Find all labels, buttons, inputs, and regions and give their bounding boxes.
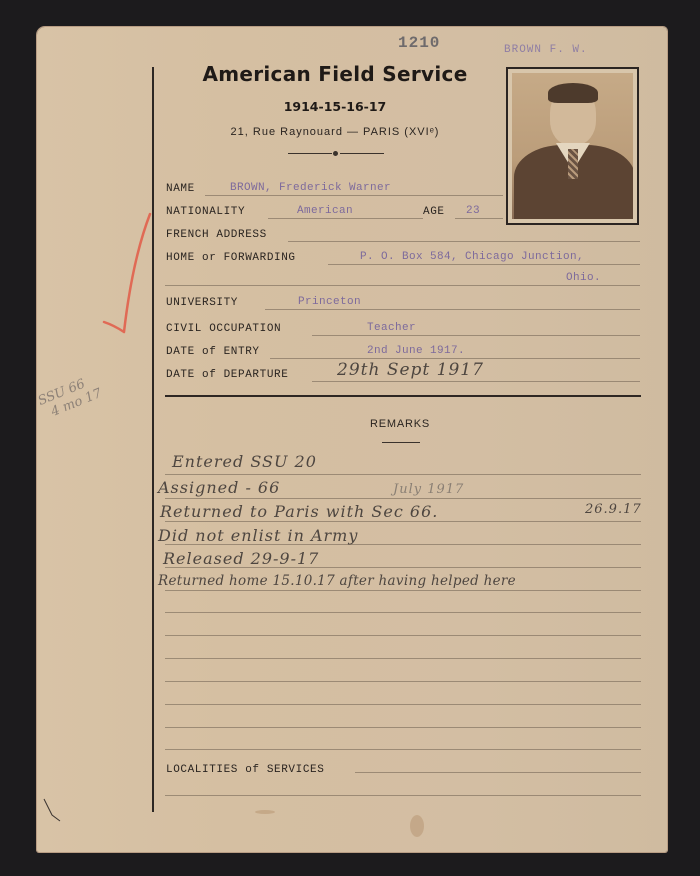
- localities-rule: [355, 772, 641, 773]
- home-value-line2: Ohio.: [566, 272, 601, 284]
- remarks-rule: [165, 590, 641, 591]
- civil-occupation-value: Teacher: [367, 322, 416, 334]
- civil-occupation-rule: [312, 335, 640, 336]
- age-rule: [455, 218, 503, 219]
- organization-title: American Field Service: [160, 62, 510, 86]
- french-address-label: FRENCH ADDRESS: [166, 229, 267, 241]
- date-of-entry-value: 2nd June 1917.: [367, 345, 465, 357]
- remarks-rule: [165, 498, 641, 499]
- nationality-value: American: [297, 205, 353, 217]
- remarks-rule: [165, 658, 641, 659]
- home-rule-2: [165, 285, 640, 286]
- home-label: HOME or FORWARDING: [166, 252, 296, 264]
- remarks-rule: [165, 704, 641, 705]
- civil-occupation-label: CIVIL OCCUPATION: [166, 323, 281, 335]
- remarks-rule: [165, 681, 641, 682]
- name-rule: [205, 195, 503, 196]
- date-of-departure-label: DATE of DEPARTURE: [166, 369, 288, 381]
- red-check-mark-icon: [100, 210, 160, 340]
- university-rule: [265, 309, 640, 310]
- service-years: 1914-15-16-17: [160, 99, 510, 114]
- remarks-rule: [165, 474, 641, 475]
- home-value-line1: P. O. Box 584, Chicago Junction,: [360, 251, 584, 263]
- corner-pencil-mark-icon: [42, 795, 62, 825]
- organization-address: 21, Rue Raynouard — PARIS (XVIᵉ): [160, 126, 510, 138]
- remark-line: Returned home 15.10.17 after having help…: [158, 573, 516, 589]
- localities-rule-2: [165, 795, 641, 796]
- remarks-rule: [165, 635, 641, 636]
- remarks-underline: [382, 442, 420, 443]
- age-label: AGE: [423, 206, 445, 218]
- date-of-entry-rule: [270, 358, 640, 359]
- portrait-photo-icon: [506, 67, 639, 225]
- localities-label: LOCALITIES of SERVICES: [166, 764, 324, 776]
- paper-stain: [255, 810, 275, 814]
- remark-line: Entered SSU 20: [172, 452, 317, 471]
- date-of-entry-label: DATE of ENTRY: [166, 346, 260, 358]
- nationality-label: NATIONALITY: [166, 206, 245, 218]
- remarks-rule: [165, 727, 641, 728]
- filing-tab-label: BROWN F. W.: [504, 44, 588, 56]
- french-address-rule: [288, 241, 640, 242]
- date-of-departure-value: 29th Sept 1917: [337, 360, 484, 380]
- name-label: NAME: [166, 183, 195, 195]
- remark-line: Did not enlist in Army: [158, 526, 358, 545]
- remark-line: Assigned - 66: [158, 478, 280, 497]
- left-margin-rule: [152, 67, 154, 812]
- remark-note: 26.9.17: [585, 502, 642, 517]
- remark-note: July 1917: [393, 482, 464, 497]
- home-rule: [328, 264, 640, 265]
- university-label: UNIVERSITY: [166, 297, 238, 309]
- remarks-rule: [165, 749, 641, 750]
- nationality-rule: [268, 218, 423, 219]
- name-value: BROWN, Frederick Warner: [230, 182, 391, 194]
- remark-line: Released 29-9-17: [163, 549, 319, 568]
- university-value: Princeton: [298, 296, 361, 308]
- remark-line: Returned to Paris with Sec 66.: [160, 502, 438, 521]
- remarks-heading: REMARKS: [160, 418, 640, 430]
- remarks-rule: [165, 521, 641, 522]
- file-number-stamp: 1210: [398, 34, 440, 52]
- date-of-departure-rule: [312, 381, 640, 382]
- section-divider: [165, 395, 641, 397]
- remarks-rule: [165, 612, 641, 613]
- age-value: 23: [466, 205, 480, 217]
- ornament-divider-icon: [288, 152, 384, 154]
- paper-stain: [410, 815, 424, 837]
